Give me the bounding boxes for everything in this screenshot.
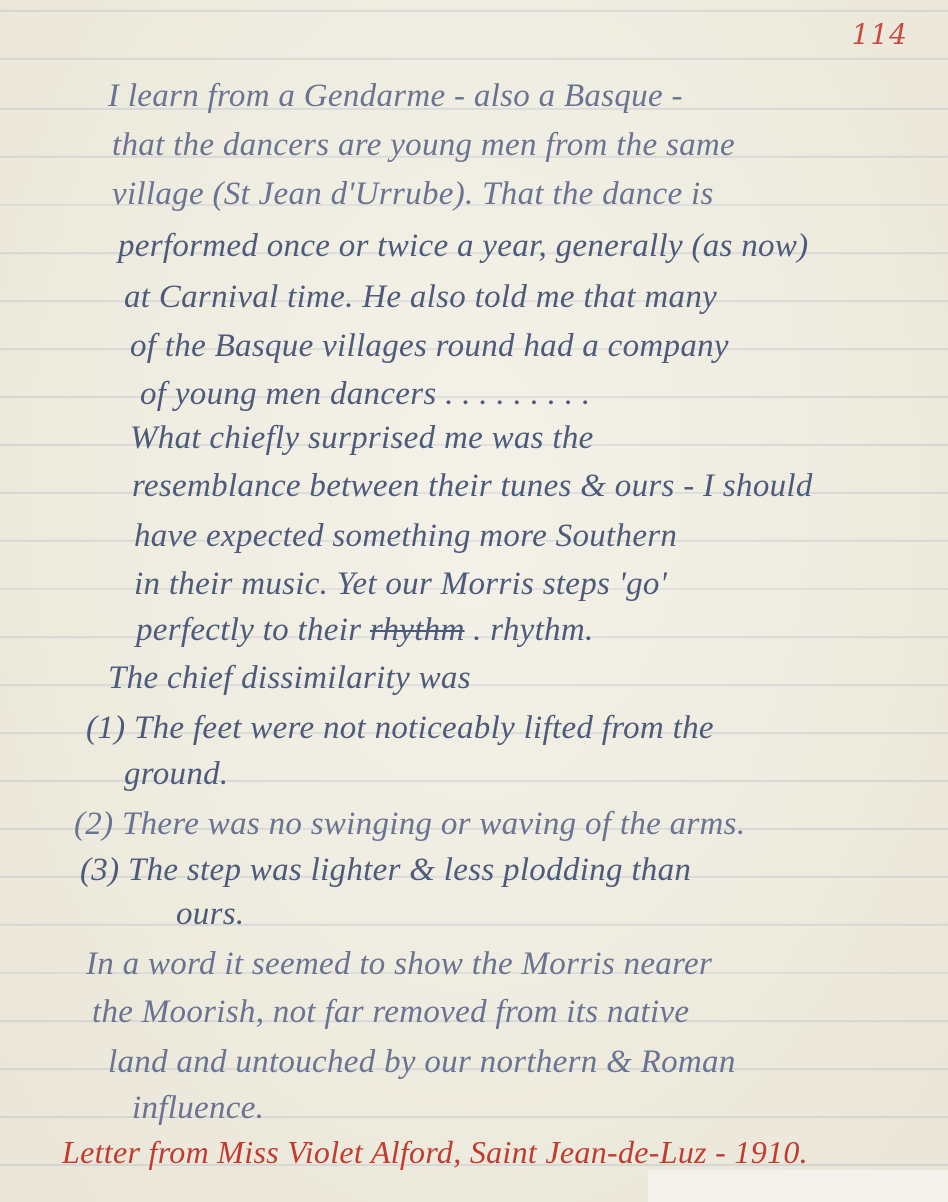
differences-intro: The chief dissimilarity was (108, 660, 471, 697)
item-text: The step was lighter & less plodding tha… (128, 852, 691, 888)
manuscript-line: In a word it seemed to show the Morris n… (86, 946, 712, 983)
manuscript-line: village (St Jean d'Urrube). That the dan… (112, 176, 714, 213)
manuscript-page: 114 I learn from a Gendarme - also a Bas… (0, 0, 948, 1202)
attribution-line: Letter from Miss Violet Alford, Saint Je… (62, 1134, 808, 1171)
item-text: The feet were not noticeably lifted from… (134, 710, 714, 746)
manuscript-text: perfectly to their (136, 612, 361, 648)
item-number: (3) (80, 852, 119, 888)
manuscript-line: resemblance between their tunes & ours -… (132, 468, 813, 505)
manuscript-line: of the Basque villages round had a compa… (130, 328, 729, 365)
manuscript-line: land and untouched by our northern & Rom… (108, 1044, 736, 1081)
manuscript-line: performed once or twice a year, generall… (118, 228, 808, 265)
manuscript-line: of young men dancers . . . . . . . . . (140, 376, 590, 413)
page-number: 114 (852, 18, 908, 51)
item-number: (1) (86, 710, 125, 746)
paper-corner-patch (648, 1170, 948, 1202)
item-number: (2) (74, 806, 113, 842)
struck-out-word: rhythm (370, 612, 465, 648)
difference-item: (3) The step was lighter & less plodding… (80, 852, 691, 889)
manuscript-line: the Moorish, not far removed from its na… (92, 994, 689, 1031)
item-text: There was no swinging or waving of the a… (122, 806, 745, 842)
manuscript-line: have expected something more Southern (134, 518, 677, 555)
manuscript-line: perfectly to their rhythm . rhythm. (136, 612, 594, 649)
difference-item-continuation: ground. (124, 756, 228, 793)
difference-item-continuation: ours. (176, 896, 244, 933)
manuscript-line: that the dancers are young men from the … (112, 127, 735, 164)
manuscript-line: I learn from a Gendarme - also a Basque … (108, 78, 683, 115)
manuscript-text: . rhythm. (473, 612, 593, 648)
manuscript-line: in their music. Yet our Morris steps 'go… (134, 566, 667, 603)
manuscript-line: What chiefly surprised me was the (130, 420, 594, 457)
difference-item: (2) There was no swinging or waving of t… (74, 806, 745, 843)
manuscript-line: at Carnival time. He also told me that m… (124, 279, 717, 316)
manuscript-line: influence. (132, 1090, 264, 1127)
difference-item: (1) The feet were not noticeably lifted … (86, 710, 714, 747)
